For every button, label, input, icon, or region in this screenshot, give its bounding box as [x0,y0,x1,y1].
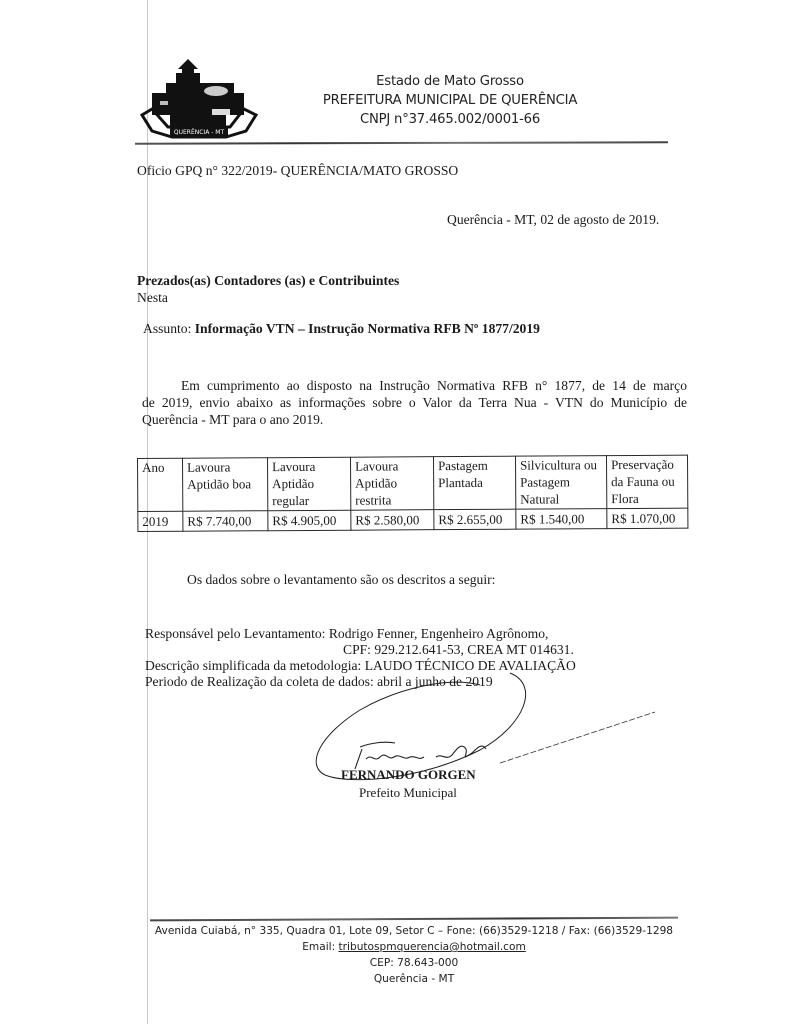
letter-date: Querência - MT, 02 de agosto de 2019. [447,211,659,228]
table-cell: 2019 [138,511,183,531]
body-paragraph: Em cumprimento ao disposto na Instrução … [142,377,687,428]
header-divider [135,141,668,144]
table-cell: R$ 1.540,00 [516,509,607,530]
subject-label: Assunto: [143,321,195,336]
table-header-cell: Preservação da Fauna ou Flora [606,455,687,508]
paragraph-line: de 2019, envio abaixo as informações sob… [142,394,687,411]
table-header-cell: Pastagem Plantada [433,456,515,509]
footer-email-link[interactable]: tributospmquerencia@hotmail.com [339,941,526,953]
prefecture-name: PREFEITURA MUNICIPAL DE QUERÊNCIA [300,91,600,110]
footer-city: Querência - MT [150,971,678,987]
table-header-cell: Lavoura Aptidão boa [183,458,268,512]
table-header-cell: Silvicultura ou Pastagem Natural [515,456,606,510]
cnpj: CNPJ n°37.465.002/0001-66 [300,110,600,129]
footer: Avenida Cuiabá, n° 335, Quadra 01, Lote … [150,923,678,987]
subject-line: Assunto: Informação VTN – Instrução Norm… [143,320,540,337]
letterhead: Estado de Mato Grosso PREFEITURA MUNICIP… [300,72,600,129]
table-cell: R$ 4.905,00 [268,510,351,531]
nesta: Nesta [137,289,168,306]
table-cell: R$ 2.580,00 [351,510,434,531]
oficio-number: Oficio GPQ n° 322/2019- QUERÊNCIA/MATO G… [137,162,458,179]
table-header-cell: Lavoura Aptidão restrita [350,457,433,511]
footer-address: Avenida Cuiabá, n° 335, Quadra 01, Lote … [150,923,678,939]
table-header-cell: Ano [138,458,183,511]
table-header-cell: Lavoura Aptidão regular [268,457,351,511]
state-name: Estado de Mato Grosso [300,72,600,91]
survey-responsible: Responsável pelo Levantamento: Rodrigo F… [145,625,548,642]
paragraph-line: Em cumprimento ao disposto na Instrução … [142,377,687,394]
footer-email-label: Email: [302,941,338,953]
vtn-table: Ano Lavoura Aptidão boa Lavoura Aptidão … [137,455,688,532]
table-cell: R$ 2.655,00 [434,509,516,530]
table-cell: R$ 7.740,00 [183,511,268,532]
table-header-row: Ano Lavoura Aptidão boa Lavoura Aptidão … [138,455,688,511]
paragraph-line: Querência - MT para o ano 2019. [142,411,687,428]
municipal-coat-of-arms-logo: QUERÊNCIA - MT [140,55,260,145]
signatory-title: Prefeito Municipal [359,784,457,801]
subject-text: Informação VTN – Instrução Normativa RFB… [195,321,540,336]
salutation: Prezados(as) Contadores (as) e Contribui… [137,272,399,289]
table-cell: R$ 1.070,00 [607,508,688,528]
survey-intro: Os dados sobre o levantamento são os des… [187,571,495,588]
svg-text:QUERÊNCIA - MT: QUERÊNCIA - MT [174,128,225,136]
footer-cep: CEP: 78.643-000 [150,955,678,971]
footer-email-line: Email: tributospmquerencia@hotmail.com [150,939,678,955]
footer-divider [150,917,678,922]
signatory-name: FERNANDO GORGEN [341,766,476,783]
table-row: 2019 R$ 7.740,00 R$ 4.905,00 R$ 2.580,00… [138,508,688,531]
survey-cpf-crea: CPF: 929.212.641-53, CREA MT 014631. [343,641,574,658]
